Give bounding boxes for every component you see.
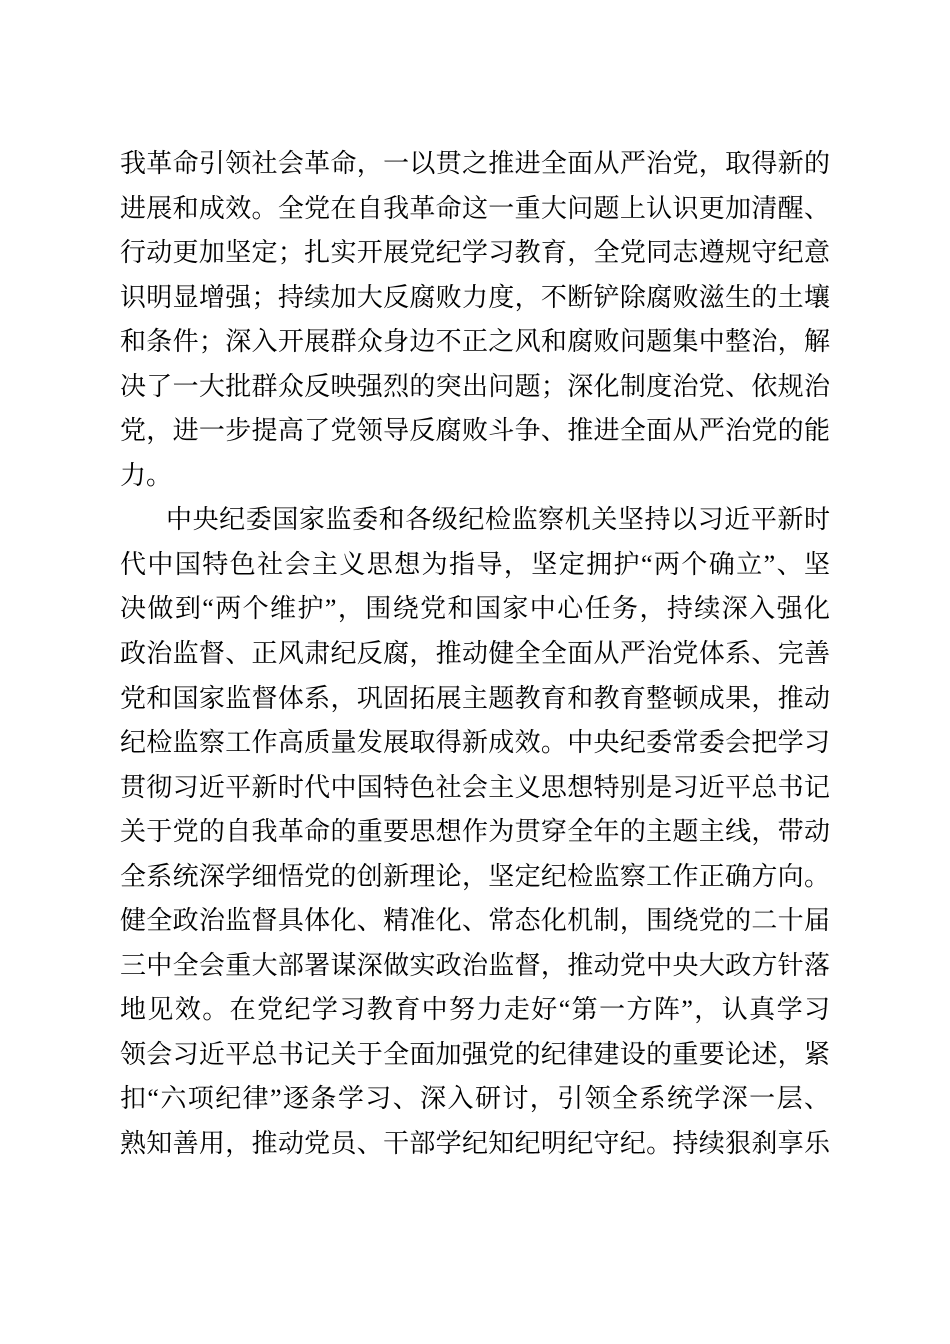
text-line: 党和国家监督体系，巩固拓展主题教育和教育整顿成果，推动 [120,677,830,722]
text-line: 党，进一步提高了党领导反腐败斗争、推进全面从严治党的能 [120,409,830,454]
text-line: 决了一大批群众反映强烈的突出问题；深化制度治党、依规治 [120,365,830,410]
text-line: 进展和成效。全党在自我革命这一重大问题上认识更加清醒、 [120,187,830,232]
text-line: 关于党的自我革命的重要思想作为贯穿全年的主题主线，带动 [120,810,830,855]
text-line: 地见效。在党纪学习教育中努力走好“第一方阵”，认真学习 [120,988,830,1033]
text-line: 纪检监察工作高质量发展取得新成效。中央纪委常委会把学习 [120,721,830,766]
text-line: 全系统深学细悟党的创新理论，坚定纪检监察工作正确方向。 [120,855,830,900]
text-line: 行动更加坚定；扎实开展党纪学习教育，全党同志遵规守纪意 [120,231,830,276]
text-line: 扣“六项纪律”逐条学习、深入研讨，引领全系统学深一层、 [120,1077,830,1122]
text-line: 熟知善用，推动党员、干部学纪知纪明纪守纪。持续狠刹享乐 [120,1122,830,1167]
text-line: 领会习近平总书记关于全面加强党的纪律建设的重要论述，紧 [120,1033,830,1078]
text-block: 我革命引领社会革命，一以贯之推进全面从严治党，取得新的进展和成效。全党在自我革命… [120,142,830,1167]
text-line: 政治监督、正风肃纪反腐，推动健全全面从严治党体系、完善 [120,632,830,677]
text-line: 我革命引领社会革命，一以贯之推进全面从严治党，取得新的 [120,142,830,187]
text-line: 三中全会重大部署谋深做实政治监督，推动党中央大政方针落 [120,944,830,989]
text-line: 决做到“两个维护”，围绕党和国家中心任务，持续深入强化 [120,587,830,632]
text-line: 识明显增强；持续加大反腐败力度，不断铲除腐败滋生的土壤 [120,276,830,321]
text-line: 代中国特色社会主义思想为指导，坚定拥护“两个确立”、坚 [120,543,830,588]
document-page: 我革命引领社会革命，一以贯之推进全面从严治党，取得新的进展和成效。全党在自我革命… [0,0,950,1344]
text-line: 贯彻习近平新时代中国特色社会主义思想特别是习近平总书记 [120,766,830,811]
text-line: 和条件；深入开展群众身边不正之风和腐败问题集中整治，解 [120,320,830,365]
text-line: 健全政治监督具体化、精准化、常态化机制，围绕党的二十届 [120,899,830,944]
text-line: 力。 [120,454,830,499]
text-line: 中央纪委国家监委和各级纪检监察机关坚持以习近平新时 [120,498,830,543]
